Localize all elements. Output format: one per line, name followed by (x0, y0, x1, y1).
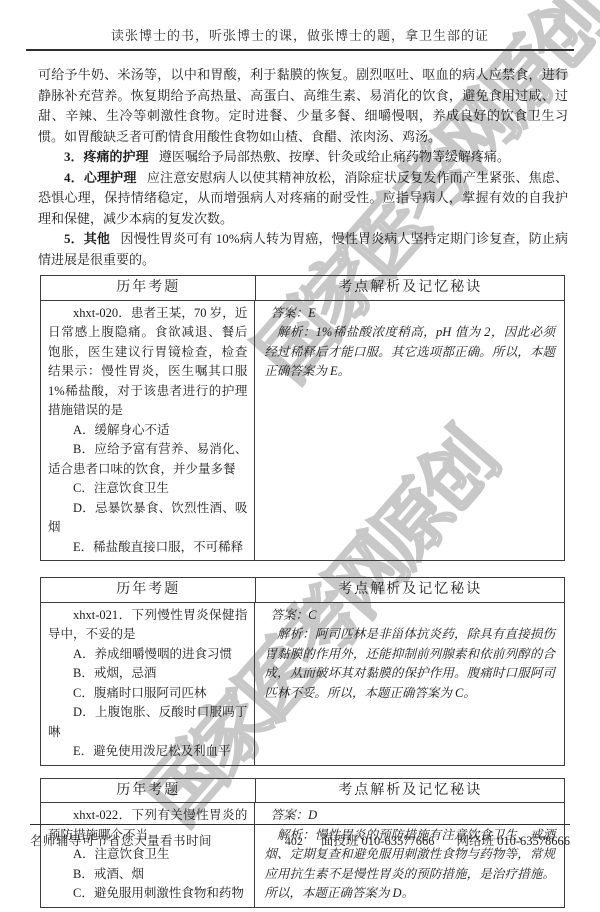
question-intro: xhxt-021．下列慢性胃炎保健指导中，不妥的是 (48, 606, 247, 645)
question-option: C．避免服用刺激性食物和药物 (48, 884, 247, 904)
analysis-cell: 答案：E 解析：1%稀盐酸浓度稍高，pH 值为 2，因此必须经过稀释后才能口服。… (255, 301, 564, 561)
question-option: D．上腹饱胀、反酸时口服吗丁啉 (48, 703, 247, 742)
table-header-row: 历年考题 考点解析及记忆秘诀 (41, 578, 564, 603)
exam-qa-table-1: 历年考题 考点解析及记忆秘诀 xhxt-020．患者王某，70 岁，近日常感上腹… (40, 275, 565, 561)
body-paragraph: 可给予牛奶、米汤等，以中和胃酸，利于黏膜的恢复。剧烈呕吐、呕血的病人应禁食，进行… (38, 65, 568, 147)
analysis-text: 解析：阿司匹林是非甾体抗炎药，除具有直接损伤胃黏膜的作用外，还能抑制前列腺素和依… (264, 625, 555, 703)
paragraph-label: 5．其他 (64, 231, 110, 246)
analysis-cell: 答案：D 解析：慢性胃炎的预防措施有注意饮食卫生、戒酒烟、定期复查和避免服用刺激… (255, 803, 564, 907)
page-header-slogan: 读张博士的书，听张博士的课，做张博士的题，拿卫生部的证 (0, 0, 600, 44)
col-header-questions: 历年考题 (41, 779, 256, 803)
answer-line: 答案：C (264, 606, 555, 626)
table-header-row: 历年考题 考点解析及记忆秘诀 (41, 276, 564, 301)
question-cell: xhxt-021．下列慢性胃炎保健指导中，不妥的是 A．养成细嚼慢咽的进食习惯 … (41, 603, 255, 765)
answer-line: 答案：D (264, 806, 555, 826)
col-header-analysis: 考点解析及记忆秘诀 (256, 276, 564, 300)
body-paragraph: 3．疼痛的护理遵医嘱给予局部热敷、按摩、针灸或给止痛药物等缓解疼痛。 (38, 147, 568, 168)
question-option: A．养成细嚼慢咽的进食习惯 (48, 645, 247, 665)
analysis-text: 解析：1%稀盐酸浓度稍高，pH 值为 2，因此必须经过稀释后才能口服。其它选项都… (264, 323, 555, 382)
paragraph-label: 3．疼痛的护理 (64, 149, 149, 164)
question-option: E．避免使用泼尼松及利血平 (48, 742, 247, 762)
paragraph-text: 遵医嘱给予局部热敷、按摩、针灸或给止痛药物等缓解疼痛。 (159, 149, 510, 164)
table-body-row: xhxt-021．下列慢性胃炎保健指导中，不妥的是 A．养成细嚼慢咽的进食习惯 … (41, 603, 564, 765)
body-paragraph: 5．其他因慢性胃炎可有 10%病人转为胃癌，慢性胃炎病人坚持定期门诊复查，防止病… (38, 229, 568, 270)
question-cell: xhxt-020．患者王某，70 岁，近日常感上腹隐痛。食欲减退、餐后饱胀，医生… (41, 301, 255, 561)
question-option: C．注意饮食卫生 (48, 479, 247, 499)
body-text: 可给予牛奶、米汤等，以中和胃酸，利于黏膜的恢复。剧烈呕吐、呕血的病人应禁食，进行… (38, 65, 568, 270)
question-option: A．注意饮食卫生 (48, 845, 247, 865)
question-option: B．戒烟，忌酒 (48, 664, 247, 684)
header-divider (26, 49, 574, 51)
document-page: 国家医考网原创 国家医考网原创 读张博士的书，听张博士的课，做张博士的题，拿卫生… (0, 0, 600, 912)
col-header-questions: 历年考题 (41, 276, 256, 300)
question-intro: xhxt-022．下列有关慢性胃炎的预防措施哪个不当 (48, 806, 247, 845)
question-intro: xhxt-020．患者王某，70 岁，近日常感上腹隐痛。食欲减退、餐后饱胀，医生… (48, 304, 247, 421)
exam-qa-table-3: 历年考题 考点解析及记忆秘诀 xhxt-022．下列有关慢性胃炎的预防措施哪个不… (40, 778, 565, 908)
question-option: D．忌暴饮暴食、饮烈性酒、吸烟 (48, 499, 247, 538)
question-option: A．缓解身心不适 (48, 421, 247, 441)
question-option: C．腹痛时口服阿司匹林 (48, 684, 247, 704)
col-header-questions: 历年考题 (41, 578, 256, 602)
question-option: E．稀盐酸直接口服，不可稀释 (48, 538, 247, 558)
exam-qa-table-2: 历年考题 考点解析及记忆秘诀 xhxt-021．下列慢性胃炎保健指导中，不妥的是… (40, 577, 565, 766)
question-option: B．应给予富有营养、易消化、适合患者口味的饮食，并少量多餐 (48, 440, 247, 479)
table-body-row: xhxt-020．患者王某，70 岁，近日常感上腹隐痛。食欲减退、餐后饱胀，医生… (41, 301, 564, 561)
paragraph-label: 4．心理护理 (64, 170, 137, 185)
paragraph-text: 因慢性胃炎可有 10%病人转为胃癌，慢性胃炎病人坚持定期门诊复查，防止病情进展是… (38, 231, 568, 267)
answer-line: 答案：E (264, 304, 555, 324)
analysis-text: 解析：慢性胃炎的预防措施有注意饮食卫生、戒酒烟、定期复查和避免服用刺激性食物与药… (264, 826, 555, 904)
question-cell: xhxt-022．下列有关慢性胃炎的预防措施哪个不当 A．注意饮食卫生 B．戒酒… (41, 803, 255, 907)
body-paragraph: 4．心理护理应注意安慰病人以使其精神放松，消除症状反复发作而产生紧张、焦虑、恐惧… (38, 168, 568, 230)
table-header-row: 历年考题 考点解析及记忆秘诀 (41, 779, 564, 804)
question-option: B．戒酒、烟 (48, 865, 247, 885)
analysis-cell: 答案：C 解析：阿司匹林是非甾体抗炎药，除具有直接损伤胃黏膜的作用外，还能抑制前… (255, 603, 564, 765)
col-header-analysis: 考点解析及记忆秘诀 (256, 578, 564, 602)
table-body-row: xhxt-022．下列有关慢性胃炎的预防措施哪个不当 A．注意饮食卫生 B．戒酒… (41, 803, 564, 907)
col-header-analysis: 考点解析及记忆秘诀 (256, 779, 564, 803)
